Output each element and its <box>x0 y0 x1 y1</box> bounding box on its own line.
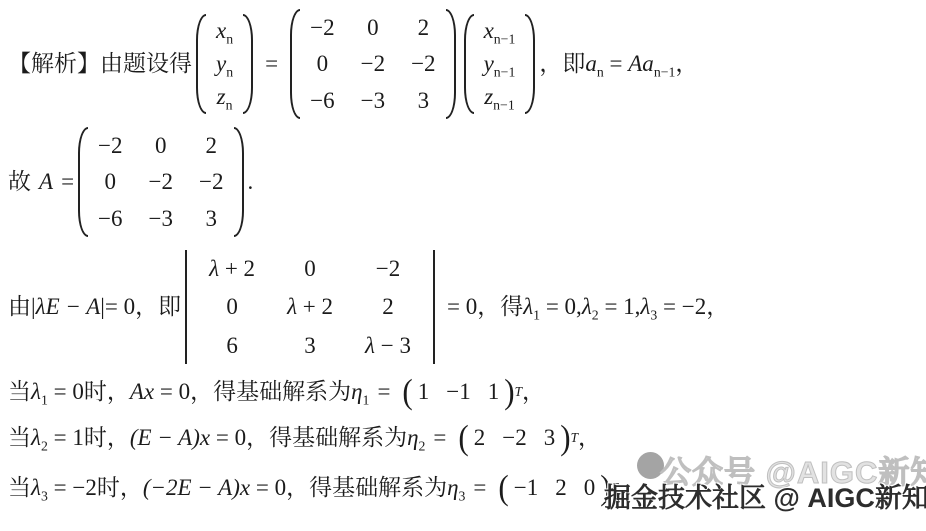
solution-line-4: 当 λ1 = 0 时， Ax = 0 ，得基础解系为 η1 = (1−11)T … <box>8 374 545 410</box>
eta3-symbol: η3 <box>447 474 465 502</box>
solution-line-2: 故 A = −2 0 2 0 −2 −2 −6 −3 3 . <box>8 126 253 238</box>
matrix-cell: −2 <box>98 132 122 160</box>
matrix-A: −2 0 2 0 −2 −2 −6 −3 3 <box>290 9 455 120</box>
eigenvector-1: (1−11)T <box>402 373 522 410</box>
matrix-cell: 0 <box>105 168 117 196</box>
left-paren <box>78 127 88 238</box>
equals-sign: = <box>265 50 278 78</box>
watermark-dark-text: 掘金技术社区 @ AIGC新知 <box>604 476 926 515</box>
right-paren <box>446 9 456 120</box>
line2-prefix: 故 <box>8 168 31 196</box>
left-paren <box>464 14 474 114</box>
vector-cell: zn <box>217 85 233 109</box>
vector-cell: xn−1 <box>484 19 516 43</box>
matrix-cell: 0 <box>367 14 379 42</box>
solution-line-1: 【解析】由题设得 xn yn zn = −2 0 2 0 −2 −2 −6 −3… <box>8 8 698 120</box>
system-equation: Ax = 0 <box>130 378 190 406</box>
equals-sign: = <box>377 378 390 406</box>
line3-connector: ，即 <box>135 293 181 321</box>
matrix-cell: −6 <box>310 87 334 115</box>
line5-basis-text: ，得基础解系为 <box>246 424 407 452</box>
vector-entry: 1 <box>418 378 430 406</box>
line4-basis-text: ，得基础解系为 <box>190 378 351 406</box>
vector-entry: 0 <box>584 474 596 502</box>
line6-basis-text: ，得基础解系为 <box>286 474 447 502</box>
solution-line-3: 由 |λE − A|= 0 ，即 λ + 2 0 −2 0 λ + 2 2 6 … <box>8 250 729 364</box>
vector-cell: zn−1 <box>484 85 515 109</box>
vector-entry: −2 <box>502 424 526 452</box>
line6-shi: 时， <box>97 474 143 502</box>
vector-entry: 2 <box>474 424 486 452</box>
matrix-cell: −2 <box>361 50 385 78</box>
vector-cell: yn <box>216 52 233 76</box>
line3-comma: ， <box>706 293 729 321</box>
equals-sign: = <box>473 474 486 502</box>
column-vector-n: xn yn zn <box>196 14 253 114</box>
matrix-A-value: −2 0 2 0 −2 −2 −6 −3 3 <box>78 127 243 238</box>
line5-prefix: 当 <box>8 424 31 452</box>
det-cell: −2 <box>376 255 400 283</box>
det-cell: λ − 3 <box>365 332 411 360</box>
solution-line-5: 当 λ2 = 1 时， (E − A)x = 0 ，得基础解系为 η2 = (2… <box>8 420 601 456</box>
det-right-bar <box>425 250 435 365</box>
vector-cell: xn <box>216 19 233 43</box>
det-cell: 0 <box>304 255 316 283</box>
system-equation: (E − A)x = 0 <box>130 424 246 452</box>
matrix-cell: −2 <box>411 50 435 78</box>
right-paren <box>243 14 253 114</box>
line3-prefix: 由 <box>8 293 31 321</box>
matrix-cell: −2 <box>199 168 223 196</box>
lambda3-condition: λ3 = −2 <box>31 474 97 502</box>
det-cell: 2 <box>382 293 394 321</box>
line1-prefix: 【解析】由题设得 <box>8 50 192 78</box>
vector-entry: 1 <box>488 378 500 406</box>
det-cell: λ + 2 <box>287 293 333 321</box>
vector-entry: −1 <box>446 378 470 406</box>
line1-comma: ， <box>675 50 698 78</box>
equals-sign: = <box>433 424 446 452</box>
line6-prefix: 当 <box>8 474 31 502</box>
right-paren <box>525 14 535 114</box>
line4-shi: 时， <box>84 378 130 406</box>
right-paren <box>234 127 244 238</box>
matrix-cell: 2 <box>418 14 430 42</box>
matrix-cell: 0 <box>155 132 167 160</box>
period: . <box>248 168 254 196</box>
char-poly-expression: |λE − A|= 0 <box>31 293 135 321</box>
column-vector-n-1: xn−1 yn−1 zn−1 <box>464 14 536 114</box>
line3-result-connector: ，得 <box>477 293 523 321</box>
matrix-cell: 2 <box>206 132 218 160</box>
det-left-bar <box>185 250 195 365</box>
lambda1-condition: λ1 = 0 <box>31 378 84 406</box>
matrix-cell: −3 <box>149 205 173 233</box>
vector-entry: 2 <box>555 474 567 502</box>
det-cell: λ + 2 <box>209 255 255 283</box>
det-cell: 0 <box>226 293 238 321</box>
matrix-A-symbol: A <box>39 168 53 196</box>
matrix-cell: 0 <box>317 50 329 78</box>
vector-entry: 3 <box>544 424 556 452</box>
equals-zero: = 0 <box>447 293 477 321</box>
eigenvalue-3: λ3 = −2 <box>640 293 706 321</box>
eigenvalue-2: λ2 = 1, <box>582 293 641 321</box>
line1-connector: ，即 <box>539 50 585 78</box>
det-cell: 6 <box>226 332 238 360</box>
matrix-cell: 3 <box>206 205 218 233</box>
equals-sign: = <box>61 168 74 196</box>
line4-comma: ， <box>522 378 545 406</box>
matrix-cell: −6 <box>98 205 122 233</box>
left-paren <box>196 14 206 114</box>
eigenvalue-1: λ1 = 0, <box>523 293 582 321</box>
eta2-symbol: η2 <box>407 424 425 452</box>
eigenvector-2: (2−23)T <box>458 419 578 456</box>
matrix-cell: −2 <box>149 168 173 196</box>
left-paren <box>290 9 300 120</box>
line5-shi: 时， <box>84 424 130 452</box>
solution-line-6: 当 λ3 = −2 时， (−2E − A)x = 0 ，得基础解系为 η3 =… <box>8 468 618 508</box>
vector-entry: −1 <box>514 474 538 502</box>
system-equation: (−2E − A)x = 0 <box>143 474 286 502</box>
matrix-cell: 3 <box>418 87 430 115</box>
det-cell: 3 <box>304 332 316 360</box>
matrix-cell: −3 <box>361 87 385 115</box>
eigenvector-3: (−120)T <box>498 469 618 506</box>
eta1-symbol: η1 <box>351 378 369 406</box>
recurrence-formula: an = Aan−1 <box>585 50 675 78</box>
vector-cell: yn−1 <box>484 52 516 76</box>
lambda2-condition: λ2 = 1 <box>31 424 84 452</box>
line4-prefix: 当 <box>8 378 31 406</box>
determinant: λ + 2 0 −2 0 λ + 2 2 6 3 λ − 3 <box>185 250 435 365</box>
line5-comma: ， <box>578 424 601 452</box>
matrix-cell: −2 <box>310 14 334 42</box>
